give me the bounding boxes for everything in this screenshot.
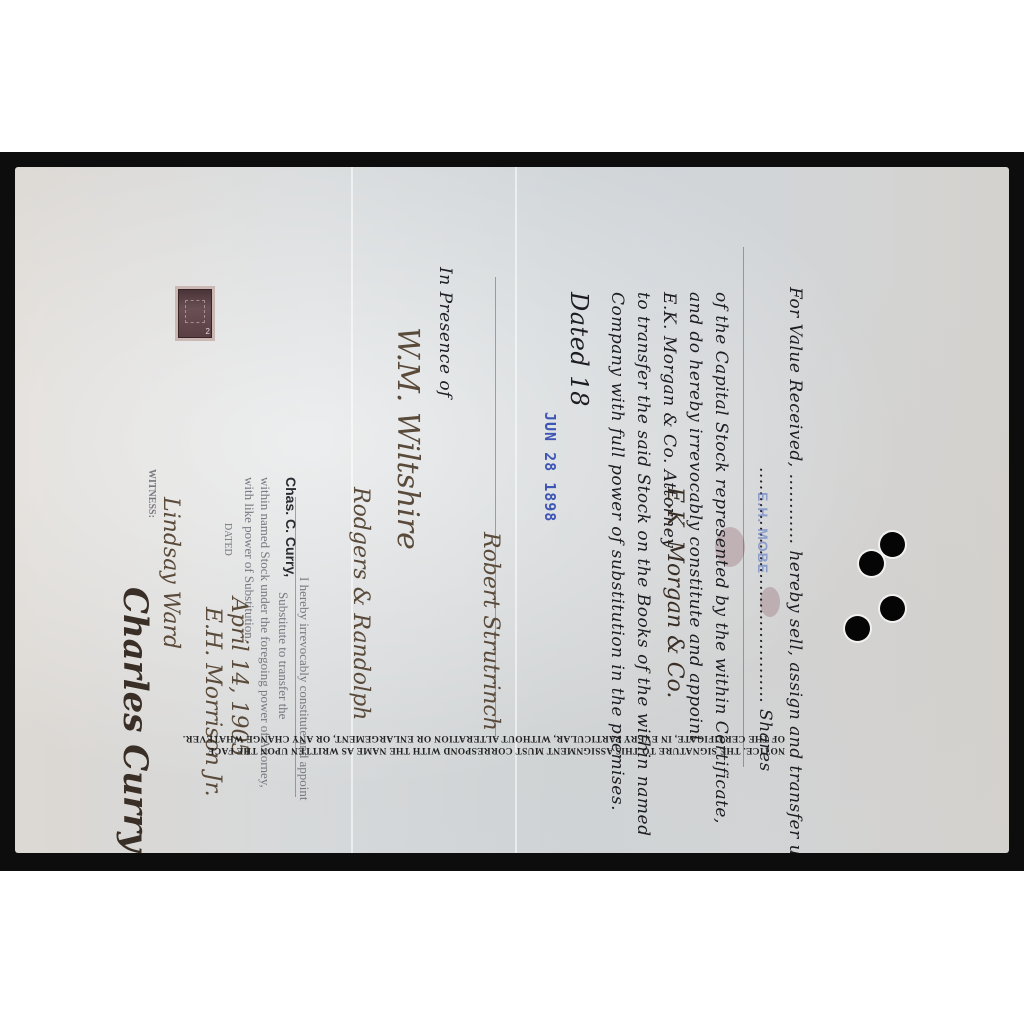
- substitution-line-1: I hereby irrevocably constitute and appo…: [296, 577, 312, 800]
- large-signature: Charles Curry: [115, 587, 155, 852]
- dated-label: DATED: [222, 523, 233, 556]
- substitution-signer-signature: E.H. Morrison Jr.: [200, 607, 225, 797]
- witness-signature-3: Lindsay Ward: [158, 497, 183, 649]
- form-line-1: For Value Received, ............ hereby …: [785, 287, 805, 853]
- form-line-dated: Dated 18: [565, 292, 593, 407]
- date-stamp: JUN 28 1898: [541, 412, 559, 522]
- certificate-paper: For Value Received, ............ hereby …: [15, 167, 1009, 853]
- punch-hole: [880, 532, 905, 557]
- witness-signature-2: Rodgers & Randolph: [348, 487, 373, 720]
- notice-text: NOTICE. THE SIGNATURE TO THIS ASSIGNMENT…: [265, 732, 785, 756]
- punch-hole: [859, 551, 884, 576]
- battleship-stamp-icon: 2: [178, 289, 212, 338]
- notice-line-2: OF THE CERTIFICATE, IN EVERY PARTICULAR,…: [265, 732, 785, 744]
- notice-line-1: NOTICE. THE SIGNATURE TO THIS ASSIGNMENT…: [265, 744, 785, 756]
- witness-label: WITNESS:: [146, 469, 157, 518]
- punch-hole: [845, 616, 870, 641]
- punch-hole: [880, 596, 905, 621]
- revenue-stamp: 2: [175, 286, 215, 341]
- blue-stamp: E.H. MOBE: [755, 492, 771, 574]
- witness-signature-1: W.M. Wiltshire: [390, 327, 425, 550]
- substitute-name: Chas. C. Curry,: [283, 477, 299, 577]
- signer-signature: Robert Strutrinch: [478, 532, 503, 731]
- substitution-line-2: Substitute to transfer the: [275, 592, 291, 719]
- stamp-denomination: 2: [206, 327, 210, 336]
- form-line-4: and do hereby irrevocably constitute and…: [685, 292, 705, 742]
- in-presence-of-label: In Presence of: [435, 267, 455, 398]
- form-rule: [743, 247, 744, 767]
- attorney-handwritten: E.K. Morgan & Co.: [662, 487, 687, 698]
